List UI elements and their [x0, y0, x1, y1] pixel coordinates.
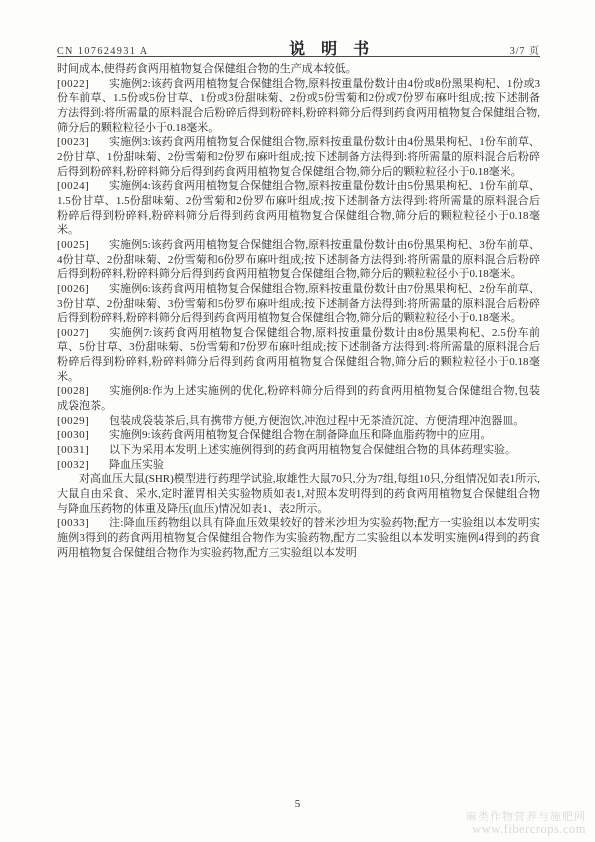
- page-number: 5: [0, 798, 595, 810]
- paragraph: 时间成本,使得药食两用植物复合保健组合物的生产成本较低。: [57, 62, 540, 77]
- paragraph-text: 实施例7:该药食两用植物复合保健组合物,原料按重量份数计由8份黑果枸杞、2.5份…: [57, 327, 540, 383]
- paragraph-text: 实施例9:该药食两用植物复合保健组合物在制备降血压和降血脂药物中的应用。: [109, 429, 492, 441]
- paragraph-text: 注:降血压药物组以具有降血压效果较好的替米沙坦为实验药物;配方一实验组以本发明实…: [57, 517, 540, 558]
- paragraph: [0025]实施例5:该药食两用植物复合保健组合物,原料按重量份数计由6份黑果枸…: [57, 238, 540, 282]
- paragraph-text: 实施例2:该药食两用植物复合保健组合物,原料按重量份数计由4份或8份黑果枸杞、1…: [57, 78, 540, 134]
- paragraph-number: [0033]: [57, 516, 109, 531]
- paragraph-text: 包装成袋装茶后,具有携带方便,方便泡饮,冲泡过程中无茶渣沉淀、方便清理冲泡器皿。: [109, 415, 524, 427]
- paragraph-text: 实施例5:该药食两用植物复合保健组合物,原料按重量份数计由6份黑果枸杞、3份车前…: [57, 239, 540, 280]
- watermark: 麻类作物营养与施肥网 www.fibercrops.com: [466, 811, 586, 835]
- patent-specification-page: CN 107624931 A 说明书 3/7 页 时间成本,使得药食两用植物复合…: [0, 0, 595, 842]
- paragraph-number: [0027]: [57, 326, 109, 341]
- paragraph-text: 实施例8:作为上述实施例的优化,粉碎料筛分后得到的药食两用植物复合保健组合物,包…: [57, 385, 540, 412]
- document-body: 时间成本,使得药食两用植物复合保健组合物的生产成本较低。 [0022]实施例2:…: [57, 62, 540, 560]
- paragraph-number: [0031]: [57, 443, 109, 458]
- paragraph: [0029]包装成袋装茶后,具有携带方便,方便泡饮,冲泡过程中无茶渣沉淀、方便清…: [57, 414, 540, 429]
- paragraph: [0023]实施例3:该药食两用植物复合保健组合物,原料按重量份数计由4份黑果枸…: [57, 135, 540, 179]
- paragraph-number: [0024]: [57, 179, 109, 194]
- page-indicator: 3/7 页: [510, 42, 540, 57]
- paragraph: [0032]降血压实验: [57, 458, 540, 473]
- paragraph: 对高血压大鼠(SHR)模型进行药理学试验,取雄性大鼠70只,分为7组,每组10只…: [57, 472, 540, 516]
- header-divider: [57, 56, 540, 57]
- paragraph-number: [0025]: [57, 238, 109, 253]
- paragraph: [0030]实施例9:该药食两用植物复合保健组合物在制备降血压和降血脂药物中的应…: [57, 428, 540, 443]
- paragraph-number: [0032]: [57, 458, 109, 473]
- paragraph: [0024]实施例4:该药食两用植物复合保健组合物,原料按重量份数计由5份黑果枸…: [57, 179, 540, 238]
- paragraph: [0022]实施例2:该药食两用植物复合保健组合物,原料按重量份数计由4份或8份…: [57, 77, 540, 136]
- paragraph-text: 降血压实验: [109, 459, 164, 471]
- paragraph: [0027]实施例7:该药食两用植物复合保健组合物,原料按重量份数计由8份黑果枸…: [57, 326, 540, 385]
- paragraph-number: [0023]: [57, 135, 109, 150]
- paragraph-text: 时间成本,使得药食两用植物复合保健组合物的生产成本较低。: [57, 63, 357, 75]
- paragraph-text: 实施例6:该药食两用植物复合保健组合物,原料按重量份数计由7份黑果枸杞、2份车前…: [57, 283, 540, 324]
- paragraph-text: 实施例3:该药食两用植物复合保健组合物,原料按重量份数计由4份黑果枸杞、1份车前…: [57, 136, 540, 177]
- paragraph-text: 以下为采用本发明上述实施例得到的药食两用植物复合保健组合物的具体药理实验。: [109, 444, 516, 456]
- paragraph: [0026]实施例6:该药食两用植物复合保健组合物,原料按重量份数计由7份黑果枸…: [57, 282, 540, 326]
- paragraph: [0028]实施例8:作为上述实施例的优化,粉碎料筛分后得到的药食两用植物复合保…: [57, 384, 540, 413]
- paragraph-text: 对高血压大鼠(SHR)模型进行药理学试验,取雄性大鼠70只,分为7组,每组10只…: [57, 473, 540, 514]
- paragraph-number: [0030]: [57, 428, 109, 443]
- paragraph-number: [0022]: [57, 77, 109, 92]
- paragraph-number: [0028]: [57, 384, 109, 399]
- paragraph-text: 实施例4:该药食两用植物复合保健组合物,原料按重量份数计由5份黑果枸杞、1份车前…: [57, 180, 540, 236]
- paragraph: [0031]以下为采用本发明上述实施例得到的药食两用植物复合保健组合物的具体药理…: [57, 443, 540, 458]
- paragraph-number: [0029]: [57, 414, 109, 429]
- paragraph: [0033]注:降血压药物组以具有降血压效果较好的替米沙坦为实验药物;配方一实验…: [57, 516, 540, 560]
- paragraph-number: [0026]: [57, 282, 109, 297]
- watermark-site-url: www.fibercrops.com: [466, 823, 586, 835]
